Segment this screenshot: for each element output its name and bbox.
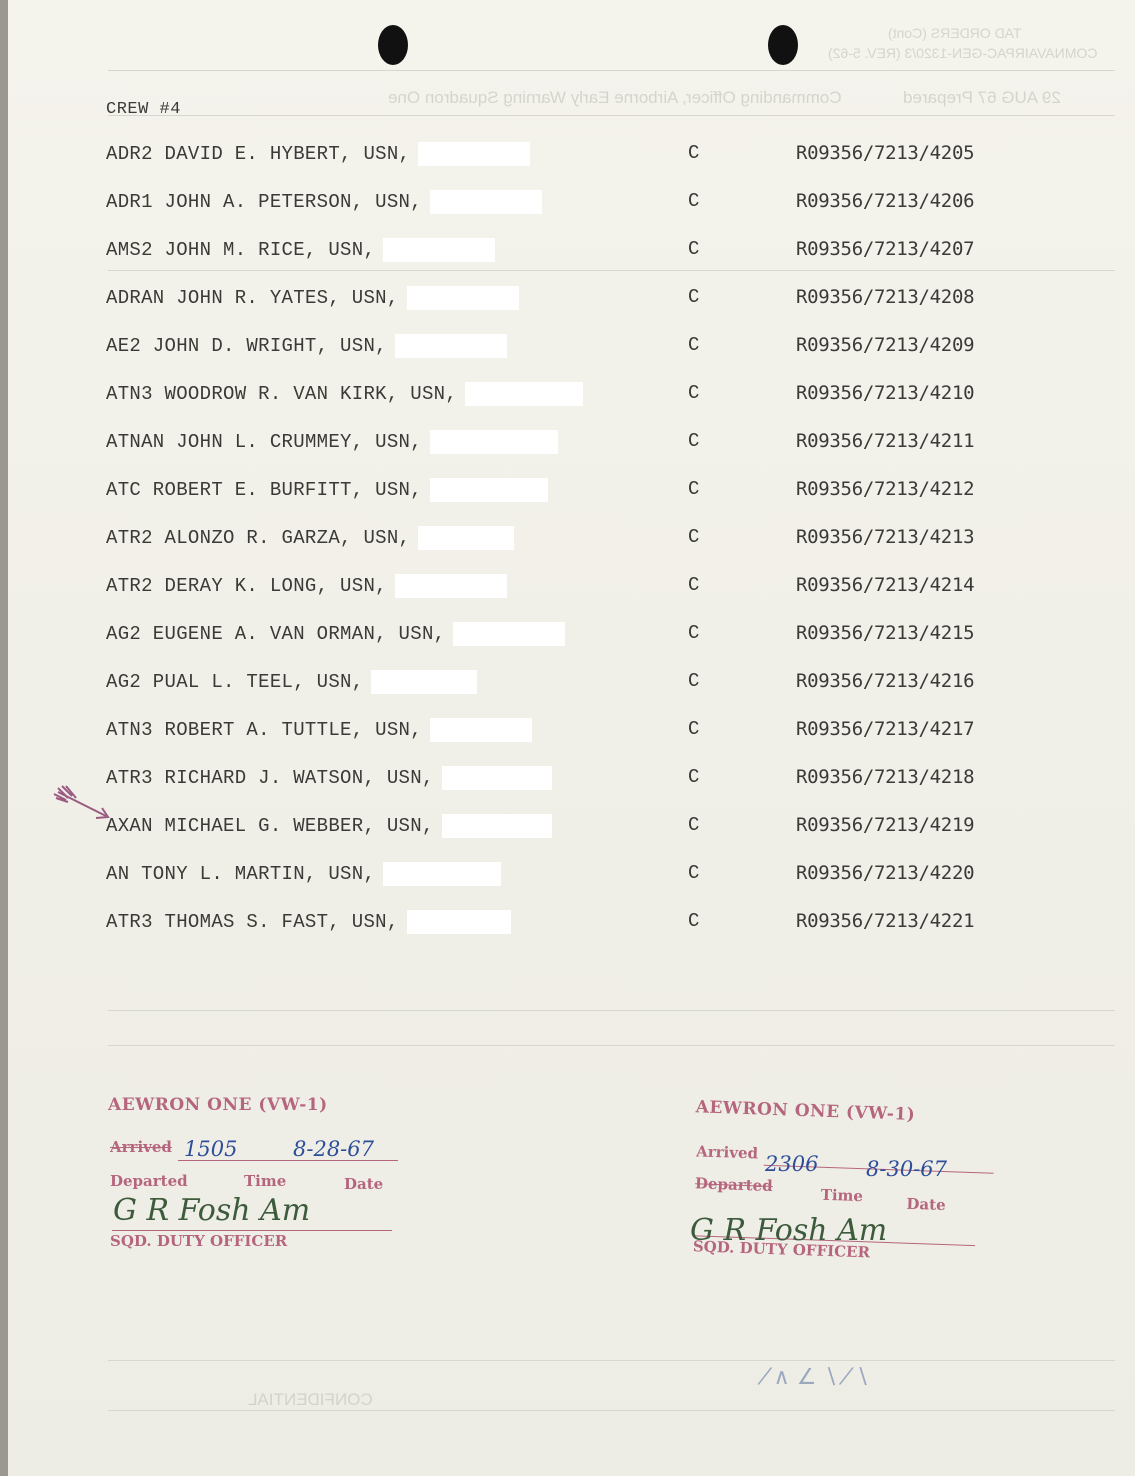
- crew-member: ATNAN JOHN L. CRUMMEY, USN,: [106, 430, 558, 454]
- arrow-icon: [52, 784, 110, 824]
- crew-member-fullname: JOHN A. PETERSON, USN,: [153, 191, 422, 213]
- signature: G R Fosh Am: [690, 1213, 887, 1248]
- crew-member: ATR3 THOMAS S. FAST, USN,: [106, 910, 511, 934]
- crew-member-fullname: JOHN R. YATES, USN,: [165, 287, 399, 309]
- crew-reference: R09356/7213/4217: [796, 718, 974, 740]
- stamp-date-label: Date: [344, 1175, 383, 1193]
- crew-member: ATR3 RICHARD J. WATSON, USN,: [106, 766, 552, 790]
- crew-member-fullname: TONY L. MARTIN, USN,: [129, 863, 375, 885]
- crew-code: C: [688, 814, 700, 836]
- stamp-arrived-label: Arrived: [110, 1138, 172, 1156]
- redaction-box: [371, 670, 477, 694]
- redaction-box: [430, 430, 558, 454]
- crew-member: AN TONY L. MARTIN, USN,: [106, 862, 501, 886]
- bleedthrough-text: TAD ORDERS (Cont): [888, 25, 1022, 41]
- redaction-box: [430, 190, 542, 214]
- crew-member-name: ATR2: [106, 575, 153, 597]
- crew-reference: R09356/7213/4211: [796, 430, 974, 452]
- crew-reference: R09356/7213/4212: [796, 478, 974, 500]
- crew-reference: R09356/7213/4216: [796, 670, 974, 692]
- crew-row: ADRAN JOHN R. YATES, USN,CR09356/7213/42…: [106, 286, 1066, 316]
- crew-code: C: [688, 622, 700, 644]
- crew-member-name: ADR2: [106, 143, 153, 165]
- crew-member-fullname: ROBERT E. BURFITT, USN,: [141, 479, 422, 501]
- redaction-box: [407, 910, 511, 934]
- crew-code: C: [688, 526, 700, 548]
- crew-member-fullname: DAVID E. HYBERT, USN,: [153, 143, 410, 165]
- crew-member: AG2 EUGENE A. VAN ORMAN, USN,: [106, 622, 565, 646]
- crew-code: C: [688, 142, 700, 164]
- crew-member-fullname: MICHAEL G. WEBBER, USN,: [153, 815, 434, 837]
- crew-row: ADR1 JOHN A. PETERSON, USN,CR09356/7213/…: [106, 190, 1066, 220]
- crew-member-name: ATR2: [106, 527, 153, 549]
- crew-code: C: [688, 238, 700, 260]
- crew-member-name: ATR3: [106, 911, 153, 933]
- crew-member: AMS2 JOHN M. RICE, USN,: [106, 238, 495, 262]
- bleedthrough-line: [108, 1010, 1115, 1011]
- crew-member: ATC ROBERT E. BURFITT, USN,: [106, 478, 548, 502]
- crew-member-name: ATNAN: [106, 431, 165, 453]
- crew-row: ATN3 WOODROW R. VAN KIRK, USN,CR09356/72…: [106, 382, 1066, 412]
- crew-member-fullname: ALONZO R. GARZA, USN,: [153, 527, 410, 549]
- crew-title: CREW #4: [106, 100, 181, 119]
- bleedthrough-text: COMNAVAIRPAC-GEN-1320/3 (REV. 5-62): [828, 45, 1097, 61]
- crew-row: ATR3 THOMAS S. FAST, USN,CR09356/7213/42…: [106, 910, 1066, 940]
- crew-member-fullname: WOODROW R. VAN KIRK, USN,: [153, 383, 457, 405]
- crew-row: AG2 EUGENE A. VAN ORMAN, USN,CR09356/721…: [106, 622, 1066, 652]
- crew-member-name: AE2: [106, 335, 141, 357]
- arrival-stamp: AEWRON ONE (VW-1) Arrived Departed Time …: [108, 1095, 408, 1265]
- crew-member-name: ADR1: [106, 191, 153, 213]
- punch-hole: [378, 25, 408, 65]
- crew-reference: R09356/7213/4205: [796, 142, 974, 164]
- handwritten-time: 2306: [765, 1152, 818, 1176]
- crew-member: ADR1 JOHN A. PETERSON, USN,: [106, 190, 542, 214]
- stamp-time-label: Time: [244, 1172, 286, 1190]
- crew-member-name: AXAN: [106, 815, 153, 837]
- bleedthrough-text: CONFIDENTIAL: [248, 1390, 373, 1410]
- crew-member: AXAN MICHAEL G. WEBBER, USN,: [106, 814, 552, 838]
- crew-member: ADR2 DAVID E. HYBERT, USN,: [106, 142, 530, 166]
- crew-row: AG2 PUAL L. TEEL, USN,CR09356/7213/4216: [106, 670, 1066, 700]
- crew-member: ATR2 DERAY K. LONG, USN,: [106, 574, 507, 598]
- bleedthrough-line: [108, 1360, 1115, 1361]
- stamp-arrived-label: Arrived: [696, 1142, 758, 1162]
- crew-code: C: [688, 286, 700, 308]
- crew-row: ATR3 RICHARD J. WATSON, USN,CR09356/7213…: [106, 766, 1066, 796]
- bleedthrough-text: Commanding Officer, Airborne Early Warni…: [388, 88, 842, 108]
- redaction-box: [442, 766, 552, 790]
- stamp-date-label: Date: [906, 1195, 946, 1214]
- crew-member-fullname: ROBERT A. TUTTLE, USN,: [153, 719, 422, 741]
- redaction-box: [407, 286, 519, 310]
- crew-code: C: [688, 910, 700, 932]
- crew-row: AE2 JOHN D. WRIGHT, USN,CR09356/7213/420…: [106, 334, 1066, 364]
- bleedthrough-line: [108, 115, 1115, 116]
- crew-reference: R09356/7213/4215: [796, 622, 974, 644]
- crew-member-name: ATR3: [106, 767, 153, 789]
- redaction-box: [430, 478, 548, 502]
- redaction-box: [430, 718, 532, 742]
- stamp-time-label: Time: [820, 1186, 863, 1205]
- crew-row: ATR2 DERAY K. LONG, USN,CR09356/7213/421…: [106, 574, 1066, 604]
- handwritten-date: 8-30-67: [866, 1157, 947, 1181]
- stamp-departed-label: Departed: [695, 1174, 773, 1195]
- handwritten-time: 1505: [184, 1137, 237, 1161]
- crew-member-fullname: PUAL L. TEEL, USN,: [141, 671, 363, 693]
- crew-member-name: AN: [106, 863, 129, 885]
- crew-reference: R09356/7213/4207: [796, 238, 974, 260]
- crew-code: C: [688, 670, 700, 692]
- pencil-scribble: ⁄ ∧ ∠ ∖ ⁄ ∖: [763, 1365, 869, 1390]
- crew-row: AMS2 JOHN M. RICE, USN,CR09356/7213/4207: [106, 238, 1066, 268]
- redaction-box: [395, 334, 507, 358]
- bleedthrough-text: 29 AUG 67 Prepared: [903, 88, 1061, 108]
- crew-member-fullname: RICHARD J. WATSON, USN,: [153, 767, 434, 789]
- crew-row: ATC ROBERT E. BURFITT, USN,CR09356/7213/…: [106, 478, 1066, 508]
- crew-reference: R09356/7213/4218: [796, 766, 974, 788]
- redaction-box: [418, 526, 514, 550]
- crew-member-fullname: JOHN M. RICE, USN,: [153, 239, 375, 261]
- crew-member-name: ATN3: [106, 383, 153, 405]
- crew-code: C: [688, 190, 700, 212]
- redaction-box: [442, 814, 552, 838]
- crew-reference: R09356/7213/4206: [796, 190, 974, 212]
- crew-reference: R09356/7213/4220: [796, 862, 974, 884]
- redaction-box: [465, 382, 583, 406]
- stamp-underline: [112, 1230, 392, 1231]
- bleedthrough-line: [108, 70, 1115, 71]
- crew-row: ATR2 ALONZO R. GARZA, USN,CR09356/7213/4…: [106, 526, 1066, 556]
- stamp-unit: AEWRON ONE (VW-1): [108, 1095, 408, 1115]
- redaction-box: [418, 142, 530, 166]
- stamp-unit: AEWRON ONE (VW-1): [695, 1097, 1025, 1129]
- crew-member-name: ATC: [106, 479, 141, 501]
- crew-reference: R09356/7213/4213: [796, 526, 974, 548]
- arrival-stamp: AEWRON ONE (VW-1) Arrived Departed Time …: [690, 1097, 1026, 1278]
- crew-reference: R09356/7213/4221: [796, 910, 974, 932]
- crew-member: ATN3 ROBERT A. TUTTLE, USN,: [106, 718, 532, 742]
- page-edge: [0, 0, 8, 1476]
- crew-reference: R09356/7213/4219: [796, 814, 974, 836]
- document-page: TAD ORDERS (Cont) COMNAVAIRPAC-GEN-1320/…: [8, 0, 1135, 1476]
- bleedthrough-line: [108, 1410, 1115, 1411]
- crew-reference: R09356/7213/4214: [796, 574, 974, 596]
- crew-member: AE2 JOHN D. WRIGHT, USN,: [106, 334, 507, 358]
- crew-member: ATN3 WOODROW R. VAN KIRK, USN,: [106, 382, 583, 406]
- bleedthrough-line: [108, 1045, 1115, 1046]
- crew-member-fullname: JOHN L. CRUMMEY, USN,: [165, 431, 422, 453]
- crew-code: C: [688, 334, 700, 356]
- crew-code: C: [688, 478, 700, 500]
- handwritten-date: 8-28-67: [293, 1137, 374, 1161]
- crew-member: ADRAN JOHN R. YATES, USN,: [106, 286, 519, 310]
- crew-member-name: AMS2: [106, 239, 153, 261]
- crew-row: ATNAN JOHN L. CRUMMEY, USN,CR09356/7213/…: [106, 430, 1066, 460]
- crew-member-name: AG2: [106, 623, 141, 645]
- redaction-box: [395, 574, 507, 598]
- crew-row: AXAN MICHAEL G. WEBBER, USN,CR09356/7213…: [106, 814, 1066, 844]
- crew-code: C: [688, 766, 700, 788]
- bleedthrough-line: [108, 270, 1115, 271]
- crew-member-name: ATN3: [106, 719, 153, 741]
- redaction-box: [383, 238, 495, 262]
- stamp-officer-label: SQD. DUTY OFFICER: [110, 1232, 287, 1250]
- signature: G R Fosh Am: [113, 1193, 310, 1228]
- crew-row: AN TONY L. MARTIN, USN,CR09356/7213/4220: [106, 862, 1066, 892]
- crew-reference: R09356/7213/4208: [796, 286, 974, 308]
- crew-code: C: [688, 862, 700, 884]
- crew-code: C: [688, 718, 700, 740]
- punch-hole: [768, 25, 798, 65]
- crew-row: ATN3 ROBERT A. TUTTLE, USN,CR09356/7213/…: [106, 718, 1066, 748]
- crew-code: C: [688, 574, 700, 596]
- redaction-box: [383, 862, 501, 886]
- stamp-departed-label: Departed: [110, 1172, 188, 1190]
- crew-member-fullname: EUGENE A. VAN ORMAN, USN,: [141, 623, 445, 645]
- crew-member-name: AG2: [106, 671, 141, 693]
- crew-member-fullname: DERAY K. LONG, USN,: [153, 575, 387, 597]
- crew-reference: R09356/7213/4210: [796, 382, 974, 404]
- crew-reference: R09356/7213/4209: [796, 334, 974, 356]
- crew-code: C: [688, 430, 700, 452]
- crew-member-fullname: THOMAS S. FAST, USN,: [153, 911, 399, 933]
- crew-row: ADR2 DAVID E. HYBERT, USN,CR09356/7213/4…: [106, 142, 1066, 172]
- crew-member: ATR2 ALONZO R. GARZA, USN,: [106, 526, 514, 550]
- crew-member-name: ADRAN: [106, 287, 165, 309]
- crew-member-fullname: JOHN D. WRIGHT, USN,: [141, 335, 387, 357]
- crew-code: C: [688, 382, 700, 404]
- redaction-box: [453, 622, 565, 646]
- crew-member: AG2 PUAL L. TEEL, USN,: [106, 670, 477, 694]
